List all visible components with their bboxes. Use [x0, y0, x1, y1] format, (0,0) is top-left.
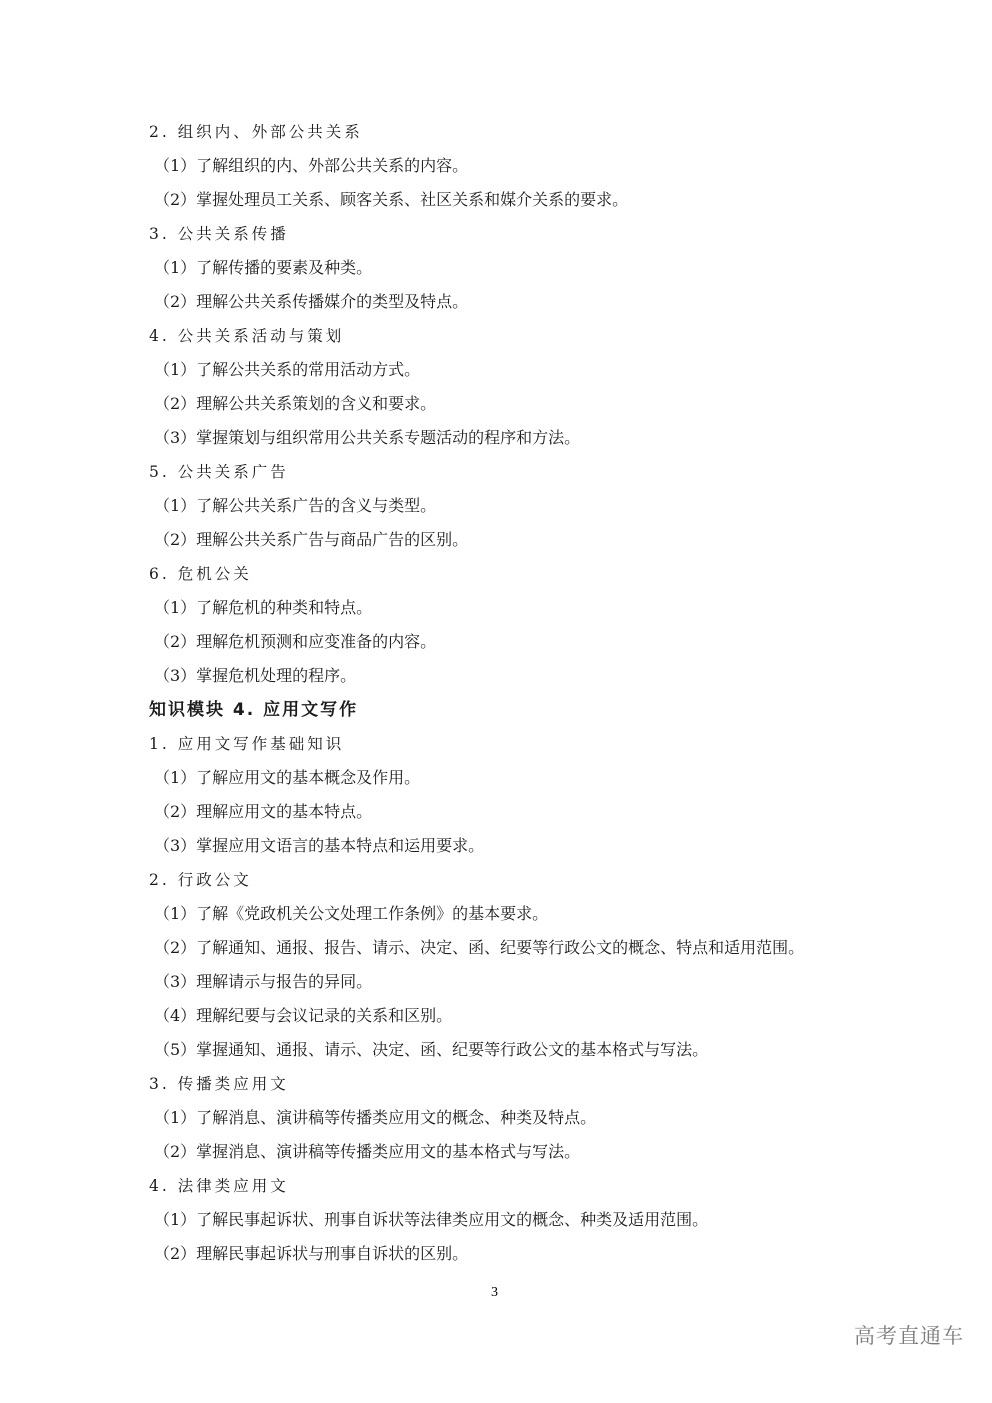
section-heading: 2. 组织内、外部公共关系 — [149, 118, 869, 152]
list-item: （2）了解通知、通报、报告、请示、决定、函、纪要等行政公文的概念、特点和适用范围… — [149, 934, 869, 968]
watermark: 高考直通车 — [854, 1320, 964, 1350]
section-heading: 3. 公共关系传播 — [149, 220, 869, 254]
list-item: （1）了解组织的内、外部公共关系的内容。 — [149, 152, 869, 186]
list-item: （2）掌握消息、演讲稿等传播类应用文的基本格式与写法。 — [149, 1138, 869, 1172]
list-item: （5）掌握通知、通报、请示、决定、函、纪要等行政公文的基本格式与写法。 — [149, 1036, 869, 1070]
document-body: 2. 组织内、外部公共关系 （1）了解组织的内、外部公共关系的内容。 （2）掌握… — [149, 118, 869, 1274]
list-item: （1）了解危机的种类和特点。 — [149, 594, 869, 628]
section-heading: 3. 传播类应用文 — [149, 1070, 869, 1104]
section-heading: 2. 行政公文 — [149, 866, 869, 900]
list-item: （1）了解传播的要素及种类。 — [149, 254, 869, 288]
list-item: （1）了解《党政机关公文处理工作条例》的基本要求。 — [149, 900, 869, 934]
list-item: （3）掌握策划与组织常用公共关系专题活动的程序和方法。 — [149, 424, 869, 458]
section-heading: 5. 公共关系广告 — [149, 458, 869, 492]
list-item: （3）理解请示与报告的异同。 — [149, 968, 869, 1002]
list-item: （2）理解应用文的基本特点。 — [149, 798, 869, 832]
list-item: （1）了解消息、演讲稿等传播类应用文的概念、种类及特点。 — [149, 1104, 869, 1138]
section-heading: 1. 应用文写作基础知识 — [149, 730, 869, 764]
list-item: （2）理解公共关系广告与商品广告的区别。 — [149, 526, 869, 560]
page-number: 3 — [491, 1285, 498, 1301]
list-item: （4）理解纪要与会议记录的关系和区别。 — [149, 1002, 869, 1036]
section-heading: 6. 危机公关 — [149, 560, 869, 594]
list-item: （1）了解民事起诉状、刑事自诉状等法律类应用文的概念、种类及适用范围。 — [149, 1206, 869, 1240]
section-heading: 4. 公共关系活动与策划 — [149, 322, 869, 356]
list-item: （1）了解公共关系广告的含义与类型。 — [149, 492, 869, 526]
list-item: （2）理解民事起诉状与刑事自诉状的区别。 — [149, 1240, 869, 1274]
list-item: （3）掌握应用文语言的基本特点和运用要求。 — [149, 832, 869, 866]
list-item: （2）理解危机预测和应变准备的内容。 — [149, 628, 869, 662]
list-item: （2）掌握处理员工关系、顾客关系、社区关系和媒介关系的要求。 — [149, 186, 869, 220]
list-item: （3）掌握危机处理的程序。 — [149, 662, 869, 696]
module-title: 知识模块 4. 应用文写作 — [149, 696, 869, 730]
document-page: 2. 组织内、外部公共关系 （1）了解组织的内、外部公共关系的内容。 （2）掌握… — [0, 0, 992, 1403]
section-heading: 4. 法律类应用文 — [149, 1172, 869, 1206]
list-item: （2）理解公共关系策划的含义和要求。 — [149, 390, 869, 424]
list-item: （2）理解公共关系传播媒介的类型及特点。 — [149, 288, 869, 322]
list-item: （1）了解公共关系的常用活动方式。 — [149, 356, 869, 390]
list-item: （1）了解应用文的基本概念及作用。 — [149, 764, 869, 798]
